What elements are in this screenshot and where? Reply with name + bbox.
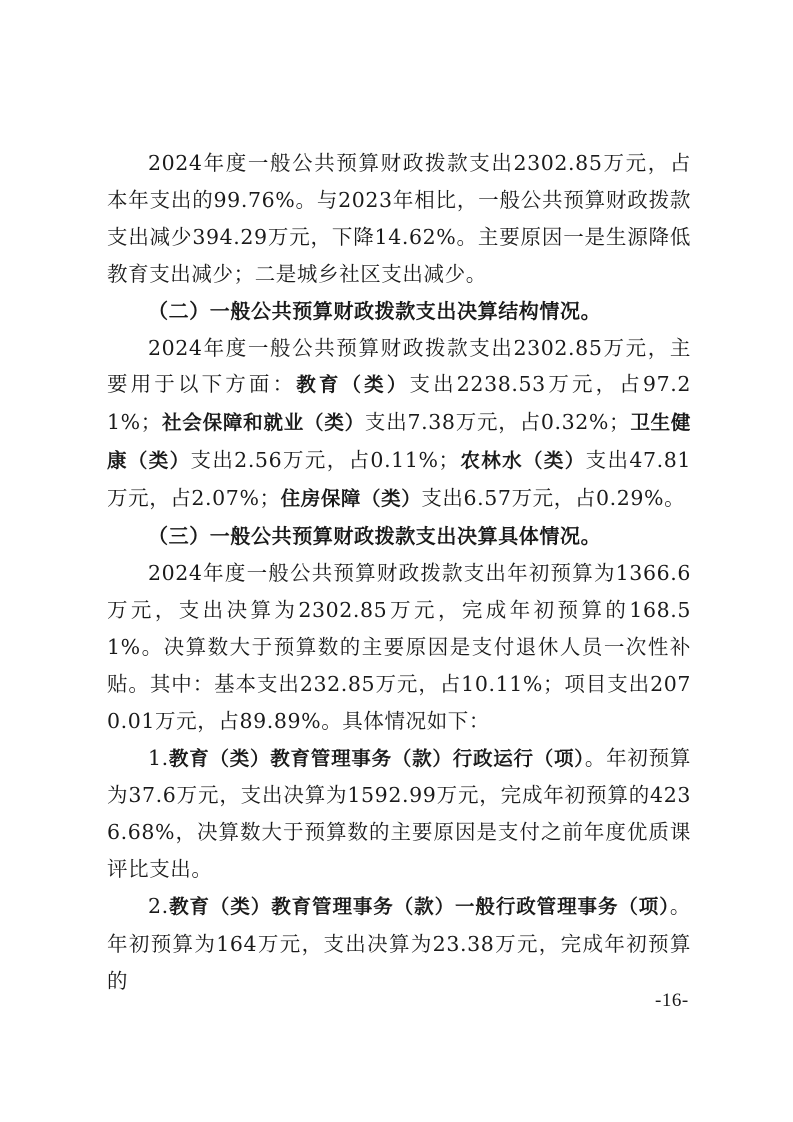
category-health-value: 支出2.56万元，占0.11%； (190, 448, 459, 472)
item-number: 1. (148, 746, 169, 770)
item-number: 2. (148, 894, 169, 918)
category-agriculture-label: 农林水（类） (460, 449, 586, 472)
item-general-administration: 2.教育（类）教育管理事务（款）一般行政管理事务（项）。年初预算为164万元，支… (107, 888, 691, 1000)
item-label: 教育（类）教育管理事务（款）一般行政管理事务（项） (169, 895, 670, 918)
section-heading-structure: （二）一般公共预算财政拨款支出决算结构情况。 (107, 293, 691, 330)
section-heading-details: （三）一般公共预算财政拨款支出决算具体情况。 (107, 518, 691, 555)
category-education-label: 教育（类） (296, 373, 409, 396)
document-page: 2024年度一般公共预算财政拨款支出2302.85万元，占本年支出的99.76%… (107, 145, 691, 1000)
page-number: -16- (655, 990, 689, 1012)
category-social-security-label: 社会保障和就业（类） (162, 411, 365, 434)
category-housing-label: 住房保障（类） (281, 487, 422, 510)
item-label: 教育（类）教育管理事务（款）行政运行（项） (169, 747, 585, 770)
paragraph-budget-details: 2024年度一般公共预算财政拨款支出年初预算为1366.6万元，支出决算为230… (107, 555, 691, 740)
paragraph-structure-breakdown: 2024年度一般公共预算财政拨款支出2302.85万元，主要用于以下方面：教育（… (107, 330, 691, 519)
paragraph-total-expenditure: 2024年度一般公共预算财政拨款支出2302.85万元，占本年支出的99.76%… (107, 145, 691, 293)
item-administrative-operation: 1.教育（类）教育管理事务（款）行政运行（项）。年初预算为37.6万元，支出决算… (107, 740, 691, 889)
category-social-security-value: 支出7.38万元，占0.32%； (365, 410, 630, 434)
category-housing-value: 支出6.57万元，占0.29%。 (421, 486, 685, 510)
